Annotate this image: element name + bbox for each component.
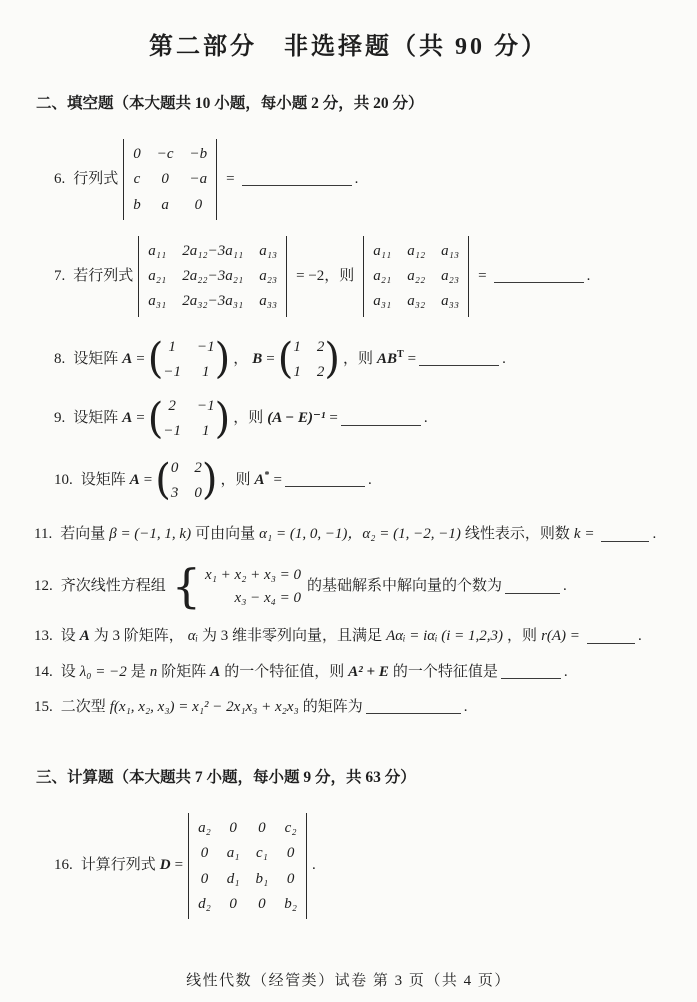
math-run: A (80, 625, 90, 648)
problem-16: 16. 计算行列式 D = a₂00c₂0a₁c₁00d₁b₁0d₂00b₂ . (24, 813, 673, 919)
math-run: A (210, 661, 220, 684)
matrix-cell: 0 (195, 195, 203, 215)
text-run: 的一个特征值，则 (224, 661, 344, 684)
matrix-cell: 1 (202, 362, 210, 382)
equation-rows: x₁ + x₂ + x₃ = 0 x₃ − x₄ = 0 (205, 564, 301, 609)
matrix-cell: 0 (171, 458, 179, 478)
period: . (502, 348, 506, 371)
period: . (652, 523, 656, 546)
matrix-cell: 0 (201, 869, 209, 889)
equation-2: x₃ − x₄ = 0 (205, 587, 301, 610)
matrix-cell: d₂ (198, 894, 211, 914)
problem-number: 6. (54, 168, 65, 191)
text-run: 为 3 维非零列向量，且满足 (202, 625, 382, 648)
matrix-cell: c₂ (285, 818, 297, 838)
problem-number: 12. (34, 575, 53, 598)
determinant: 0−c−bc0−aba0 (123, 139, 217, 220)
period: . (312, 854, 316, 877)
matrix-cell: 0 (229, 818, 237, 838)
matrix-cell: −1 (197, 337, 215, 357)
answer-blank (494, 269, 584, 283)
matrix-cell: 0 (258, 818, 266, 838)
problem-label: 设矩阵 (73, 407, 118, 430)
answer-blank (285, 473, 365, 487)
matrix-grid: 1212 (293, 337, 324, 383)
matrix-cell: a₁ (227, 843, 240, 863)
text-run: 若向量 (60, 523, 105, 546)
math-run: A² + E (348, 661, 389, 684)
section-heading-calculation: 三、计算题（本大题共 7 小题，每小题 9 分，共 63 分） (24, 765, 673, 787)
matrix-cell: a₁₁ (373, 241, 391, 261)
equals-sign: = (136, 407, 144, 430)
matrix-cell: a₁₂ (407, 241, 425, 261)
matrix-cell: 0 (229, 894, 237, 914)
problem-number: 9. (54, 407, 65, 430)
matrix-cell: 2a₃₂−3a₃₁ (182, 291, 243, 311)
period: . (464, 696, 468, 719)
math-run: r(A) = (541, 625, 580, 648)
matrix: ( 2−1−11 ) (148, 396, 230, 442)
matrix-cell: 0 (287, 869, 295, 889)
text-run: 阶矩阵 (161, 661, 206, 684)
determinant: a₁₁2a₁₂−3a₁₁a₁₃a₂₁2a₂₂−3a₂₁a₂₃a₃₁2a₃₂−3a… (138, 236, 287, 317)
comma: ， (233, 348, 248, 371)
problem-label: 齐次线性方程组 (61, 575, 166, 598)
right-paren: ) (215, 341, 231, 377)
matrix-grid: 1−1−11 (163, 337, 214, 383)
matrix-cell: 0 (287, 843, 295, 863)
matrix-cell: b₁ (256, 869, 269, 889)
expression: (A − E)⁻¹ (267, 407, 325, 430)
matrix-cell: 1 (168, 337, 176, 357)
matrix-cell: 2 (317, 362, 325, 382)
matrix-cell: a₂₃ (259, 266, 277, 286)
problem-label: 设矩阵 (73, 348, 118, 371)
text-run: 线性表示，则数 (465, 523, 570, 546)
matrix-symbol-A: A (130, 469, 140, 492)
matrix-cell: a₁₃ (259, 241, 277, 261)
determinant: a₁₁a₁₂a₁₃a₂₁a₂₂a₂₃a₃₁a₃₂a₃₃ (363, 236, 469, 317)
matrix-cell: a₁₁ (148, 241, 166, 261)
left-brace: { (172, 568, 201, 605)
answer-blank (366, 700, 461, 714)
left-paren: ( (148, 401, 164, 437)
period: . (424, 407, 428, 430)
matrix-cell: 1 (293, 337, 301, 357)
period: . (638, 625, 642, 648)
text-run: 为 3 阶矩阵， (94, 625, 184, 648)
matrix-cell: −b (190, 144, 208, 164)
matrix-cell: a₃₃ (259, 291, 277, 311)
text-run: 二次型 (61, 696, 106, 719)
problem-15: 15. 二次型 f(x₁, x₂, x₃) = x₁² − 2x₁x₃ + x₂… (24, 696, 673, 719)
answer-blank (419, 352, 499, 366)
text-run: 的矩阵为 (303, 696, 363, 719)
matrix-cell: −1 (163, 421, 181, 441)
determinant-symbol-D: D (160, 854, 171, 877)
matrix-grid: a₁₁a₁₂a₁₃a₂₁a₂₂a₂₃a₃₁a₃₂a₃₃ (373, 241, 459, 312)
matrix-cell: a₁₃ (441, 241, 459, 261)
matrix-cell: 0 (258, 894, 266, 914)
problem-13: 13. 设 A 为 3 阶矩阵， αᵢ 为 3 维非零列向量，且满足 Aαᵢ =… (24, 625, 673, 648)
matrix-cell: 2a₁₂−3a₁₁ (182, 241, 243, 261)
matrix-cell: a₃₂ (407, 291, 425, 311)
answer-blank (341, 412, 421, 426)
answer-blank (601, 528, 649, 542)
right-paren: ) (202, 462, 218, 498)
problem-7: 7. 若行列式 a₁₁2a₁₂−3a₁₁a₁₃a₂₁2a₂₂−3a₂₁a₂₃a₃… (24, 236, 673, 317)
matrix: ( 1212 ) (278, 337, 340, 383)
matrix-cell: 2 (168, 396, 176, 416)
problem-number: 8. (54, 348, 65, 371)
matrix-cell: 0 (133, 144, 141, 164)
then-text: ，则 (343, 348, 373, 371)
equals-sign: = (478, 265, 486, 288)
matrix: ( 0230 ) (155, 458, 217, 504)
problem-label: 设矩阵 (81, 469, 126, 492)
matrix-cell: a₂₁ (148, 266, 166, 286)
text-run: 设 (61, 661, 76, 684)
determinant: a₂00c₂0a₁c₁00d₁b₁0d₂00b₂ (188, 813, 307, 919)
equals-sign: = (226, 168, 234, 191)
matrix-cell: b (133, 195, 141, 215)
equals-sign: = (408, 348, 416, 371)
matrix-cell: c (134, 169, 141, 189)
problem-number: 14. (34, 661, 53, 684)
matrix-cell: a₃₃ (441, 291, 459, 311)
period: . (368, 469, 372, 492)
matrix-cell: 1 (293, 362, 301, 382)
matrix-cell: c₁ (256, 843, 268, 863)
problem-9: 9. 设矩阵 A = ( 2−1−11 ) ，则 (A − E)⁻¹ = . (24, 396, 673, 442)
superscript-T: T (397, 349, 404, 360)
problem-label: 若行列式 (73, 265, 133, 288)
matrix-cell: a₂₃ (441, 266, 459, 286)
matrix-cell: a₂₂ (407, 266, 425, 286)
matrix-cell: a₃₁ (148, 291, 166, 311)
math-run: β = (−1, 1, k) (109, 523, 191, 546)
period: . (563, 575, 567, 598)
matrix-cell: −c (157, 144, 174, 164)
text-run: 设 (61, 625, 76, 648)
matrix-cell: −1 (163, 362, 181, 382)
equals-sign: = (175, 854, 183, 877)
page-title: 第二部分 非选择题（共 90 分） (24, 26, 673, 61)
math-run: n (150, 661, 158, 684)
matrix-cell: d₁ (227, 869, 240, 889)
problem-number: 11. (34, 523, 52, 546)
problem-number: 13. (34, 625, 53, 648)
matrix-grid: 0−c−bc0−aba0 (133, 144, 207, 215)
matrix-cell: 1 (202, 421, 210, 441)
matrix-cell: 2 (194, 458, 202, 478)
math-run: α₁ = (1, 0, −1)，α₂ = (1, −2, −1) (259, 523, 461, 546)
matrix-grid: 2−1−11 (163, 396, 214, 442)
right-paren: ) (324, 341, 340, 377)
problem-number: 16. (54, 854, 73, 877)
equation-system: { x₁ + x₂ + x₃ = 0 x₃ − x₄ = 0 (172, 564, 301, 609)
then-text: ，则 (233, 407, 263, 430)
math-run: λ₀ = −2 (80, 661, 127, 684)
problem-6: 6. 行列式 0−c−bc0−aba0 = . (24, 139, 673, 220)
right-paren: ) (215, 401, 231, 437)
page-footer: 线性代数（经管类）试卷 第 3 页（共 4 页） (0, 969, 697, 990)
problem-number: 7. (54, 265, 65, 288)
answer-blank (505, 580, 560, 594)
matrix-grid: a₂00c₂0a₁c₁00d₁b₁0d₂00b₂ (198, 818, 297, 914)
answer-blank (501, 665, 561, 679)
math-run: k = (574, 523, 595, 546)
left-paren: ( (148, 341, 164, 377)
text-run: 可由向量 (195, 523, 255, 546)
matrix-cell: 0 (194, 483, 202, 503)
period: . (564, 661, 568, 684)
equals-sign: = (144, 469, 152, 492)
problem-14: 14. 设 λ₀ = −2 是 n 阶矩阵 A 的一个特征值，则 A² + E … (24, 661, 673, 684)
period: . (587, 265, 591, 288)
matrix-cell: 0 (161, 169, 169, 189)
matrix-grid: a₁₁2a₁₂−3a₁₁a₁₃a₂₁2a₂₂−3a₂₁a₂₃a₃₁2a₃₂−3a… (148, 241, 277, 312)
matrix-cell: −a (190, 169, 208, 189)
then-text: ，则 (220, 469, 250, 492)
math-run: αᵢ (188, 625, 198, 648)
matrix-cell: a (161, 195, 169, 215)
section-heading-fill-blank: 二、填空题（本大题共 10 小题，每小题 2 分，共 20 分） (24, 91, 673, 113)
matrix-cell: 0 (201, 843, 209, 863)
problem-label: 行列式 (73, 168, 118, 191)
mid-text: = −2，则 (296, 265, 354, 288)
answer-blank (587, 630, 635, 644)
matrix-symbol-A: A (122, 407, 132, 430)
matrix-cell: a₂₁ (373, 266, 391, 286)
problem-10: 10. 设矩阵 A = ( 0230 ) ，则 A* = . (24, 458, 673, 504)
math-run: f(x₁, x₂, x₃) = x₁² − 2x₁x₃ + x₂x₃ (110, 696, 299, 719)
exam-page: 第二部分 非选择题（共 90 分） 二、填空题（本大题共 10 小题，每小题 2… (0, 0, 697, 1002)
matrix-cell: 3 (171, 483, 179, 503)
matrix-symbol-B: B (252, 348, 262, 371)
text-run: ，则 (507, 625, 537, 648)
equals-sign: = (329, 407, 337, 430)
problem-8: 8. 设矩阵 A = ( 1−1−11 ) ， B = ( 1212 ) ，则 … (24, 337, 673, 383)
problem-label: 计算行列式 (81, 854, 156, 877)
left-paren: ( (155, 462, 171, 498)
problem-12: 12. 齐次线性方程组 { x₁ + x₂ + x₃ = 0 x₃ − x₄ =… (24, 564, 673, 609)
left-paren: ( (278, 341, 294, 377)
equals-sign: = (274, 469, 282, 492)
matrix-grid: 0230 (171, 458, 202, 504)
matrix-symbol-A: A (122, 348, 132, 371)
problem-number: 10. (54, 469, 73, 492)
period: . (355, 168, 359, 191)
suffix-text: 的基础解系中解向量的个数为 (307, 575, 502, 598)
problem-11: 11. 若向量 β = (−1, 1, k) 可由向量 α₁ = (1, 0, … (24, 523, 673, 546)
matrix-cell: a₂ (198, 818, 211, 838)
equals-sign: = (266, 348, 274, 371)
matrix: ( 1−1−11 ) (148, 337, 230, 383)
matrix-cell: −1 (197, 396, 215, 416)
equals-sign: = (136, 348, 144, 371)
expression: A* (254, 468, 269, 492)
answer-blank (242, 172, 352, 186)
matrix-cell: b₂ (284, 894, 297, 914)
problem-number: 15. (34, 696, 53, 719)
matrix-cell: 2 (317, 337, 325, 357)
matrix-cell: 2a₂₂−3a₂₁ (182, 266, 243, 286)
math-run: Aαᵢ = iαᵢ (i = 1,2,3) (386, 625, 503, 648)
expression: ABT (377, 347, 404, 371)
equation-1: x₁ + x₂ + x₃ = 0 (205, 564, 301, 587)
text-run: 是 (131, 661, 146, 684)
text-run: 的一个特征值是 (393, 661, 498, 684)
superscript-star: * (265, 470, 270, 481)
matrix-cell: a₃₁ (373, 291, 391, 311)
